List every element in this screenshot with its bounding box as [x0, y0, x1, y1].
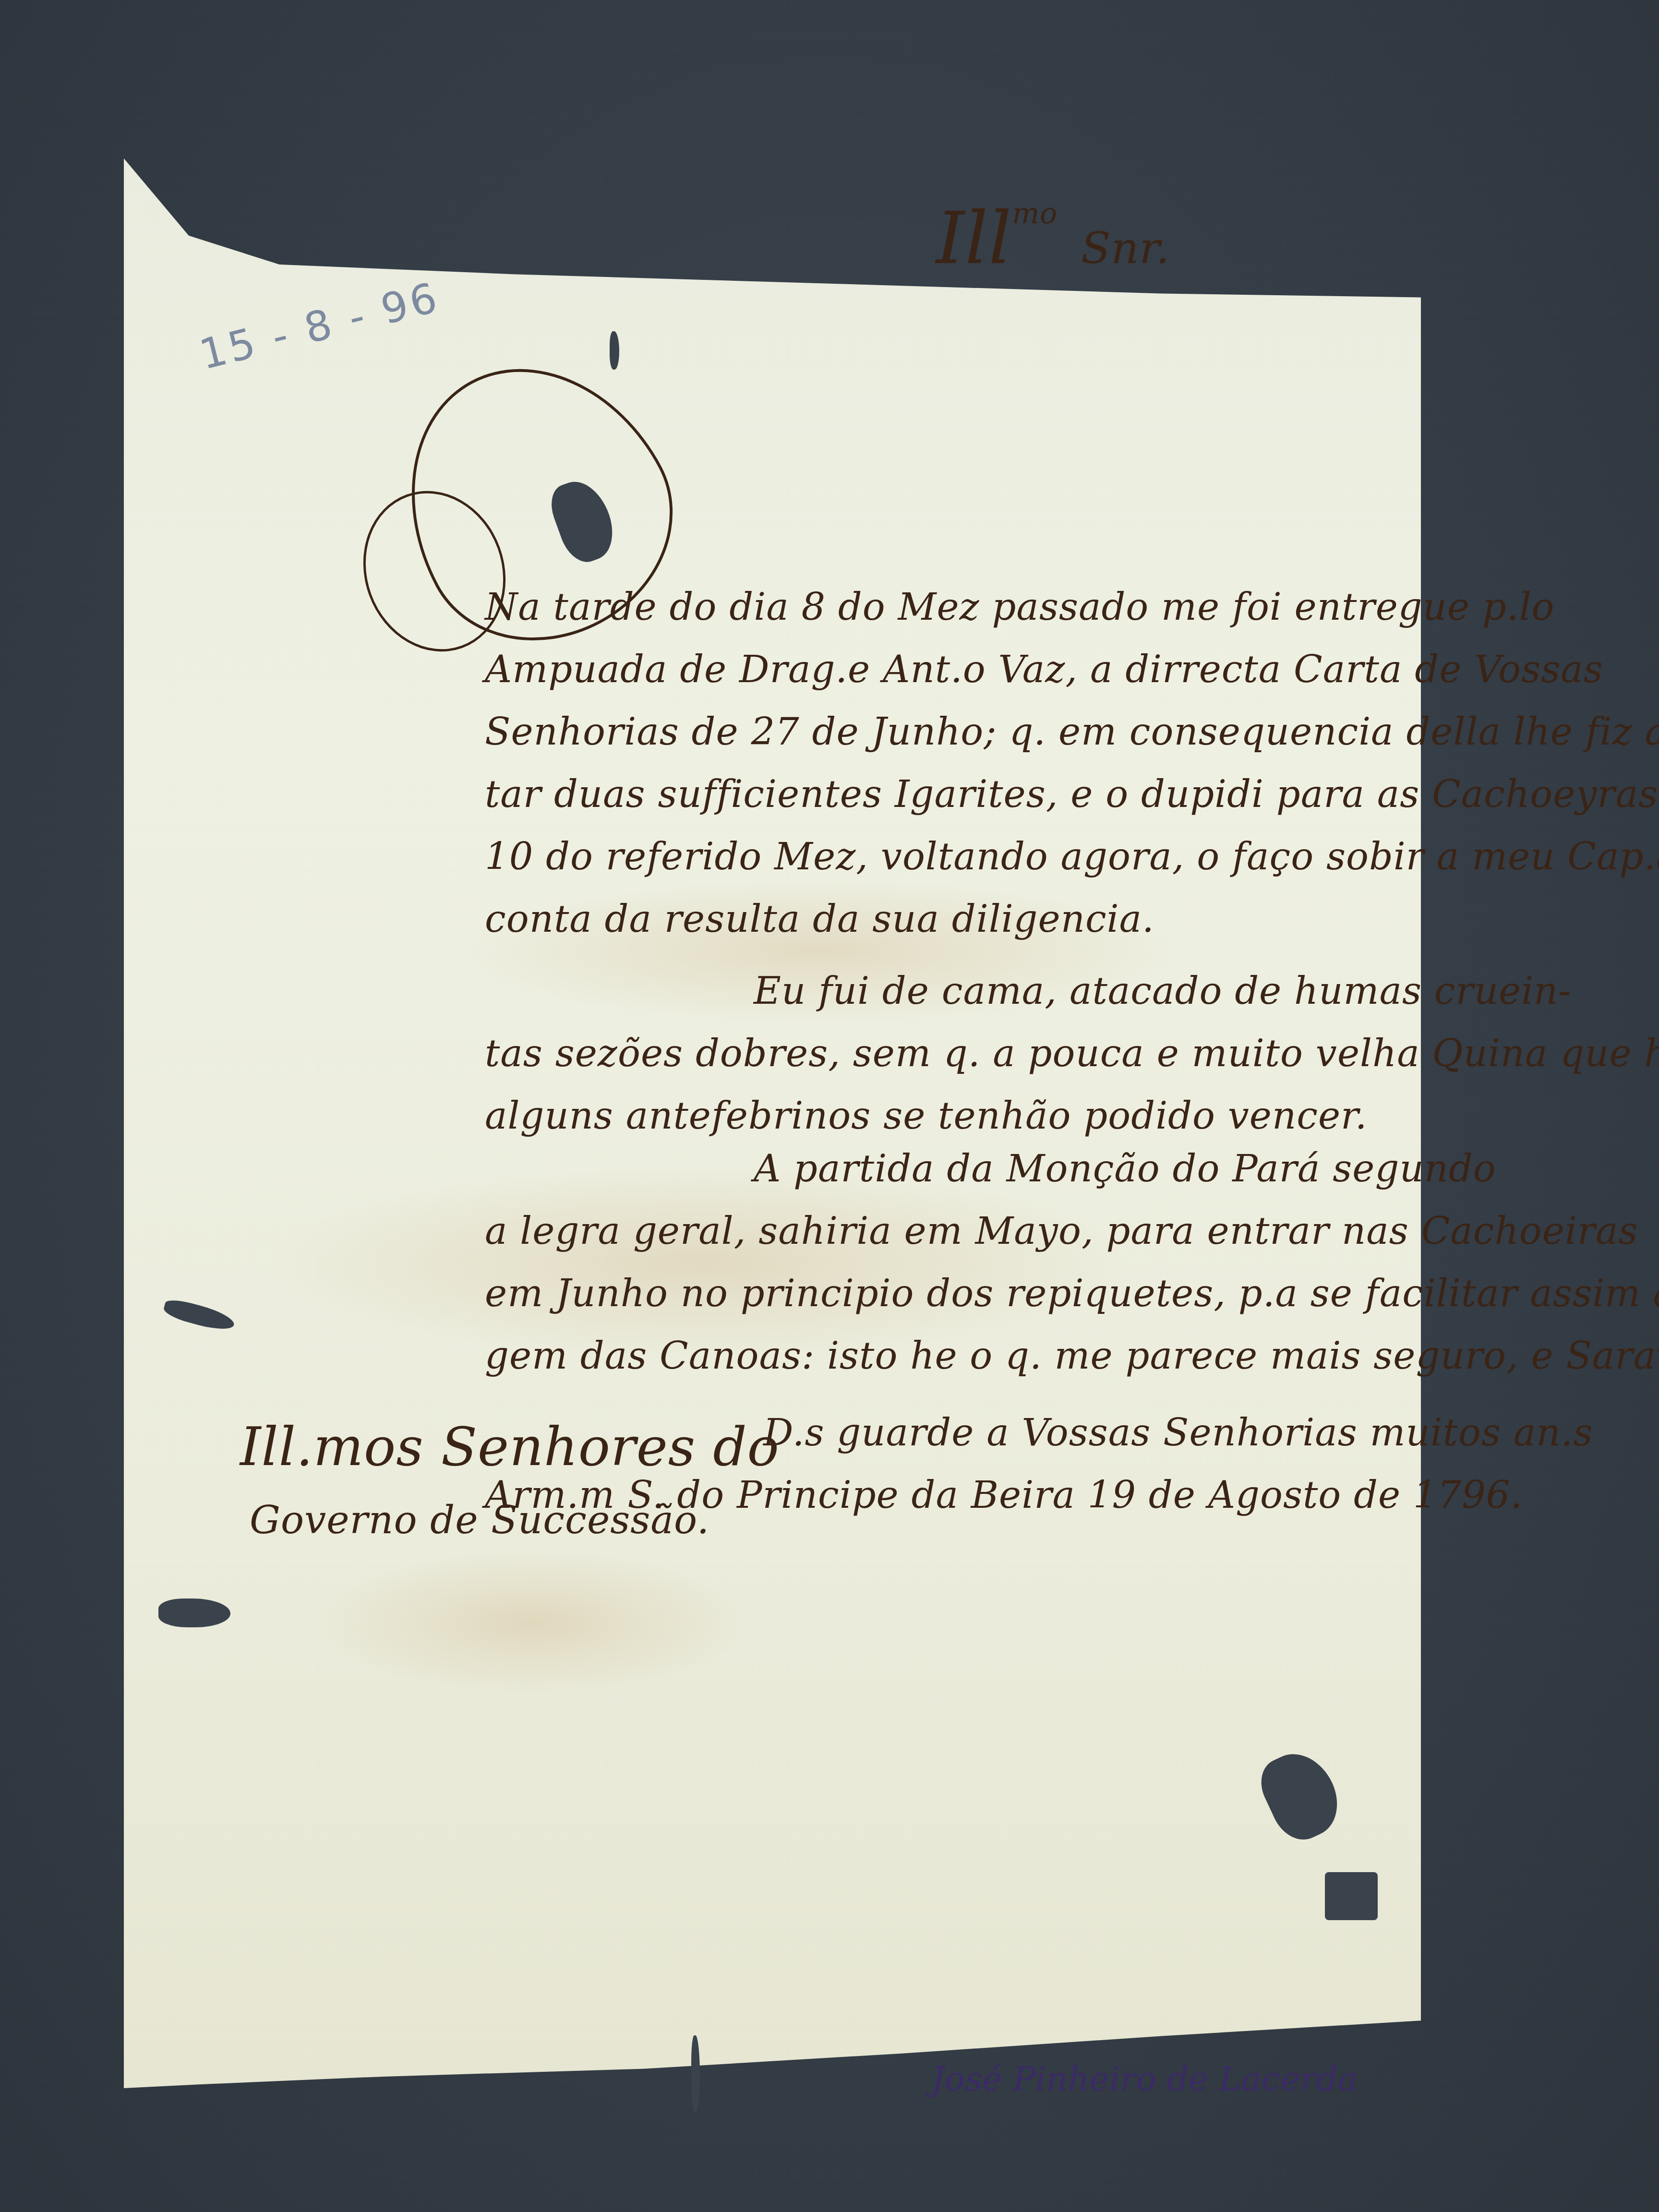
- ink-corrosion-hole: [158, 1599, 230, 1627]
- salutation-top: Illmo Snr.: [936, 197, 1170, 280]
- body-line: tas sezões dobres, sem q. a pouca e muit…: [485, 1032, 1659, 1075]
- body-line: a legra geral, sahiria em Mayo, para ent…: [485, 1210, 1638, 1253]
- ink-corrosion-hole: [610, 331, 619, 370]
- addressee-line-2: Governo de Successão.: [250, 1498, 709, 1542]
- salutation-abbr-sup: mo: [1012, 197, 1058, 230]
- body-line: tar duas sufficientes Igarites, e o dupi…: [485, 773, 1659, 816]
- addressee-line-1: Ill.mos Senhores do: [240, 1416, 780, 1478]
- salutation-abbr: Ill: [936, 197, 1012, 280]
- body-line: Eu fui de cama, atacado de humas cruein-: [754, 970, 1572, 1013]
- body-line: 10 do referido Mez, voltando agora, o fa…: [485, 835, 1659, 878]
- body-line: Senhorias de 27 de Junho; q. em conseque…: [485, 710, 1659, 754]
- body-line: A partida da Monção do Pará segundo: [754, 1147, 1496, 1190]
- water-stain: [268, 1166, 1132, 1358]
- body-line: em Junho no principio dos repiquetes, p.…: [485, 1272, 1659, 1315]
- water-stain: [316, 1551, 748, 1695]
- body-line: alguns antefebrinos se tenhão podido ven…: [485, 1094, 1368, 1138]
- body-line: conta da resulta da sua diligencia.: [485, 898, 1154, 941]
- ink-corrosion-hole: [1325, 1872, 1378, 1920]
- later-signature: José Pinheiro de Lacerda: [931, 2059, 1358, 2099]
- closing-line: D.s guarde a Vossas Senhorias muitos an.…: [763, 1411, 1593, 1455]
- body-line: Ampuada de Drag.e Ant.o Vaz, a dirrecta …: [485, 648, 1603, 691]
- body-line: gem das Canoas: isto he o q. me parece m…: [485, 1334, 1659, 1378]
- ink-corrosion-hole: [691, 2035, 700, 2112]
- body-line: Na tarde do dia 8 do Mez passado me foi …: [485, 586, 1555, 629]
- salutation-end: Snr.: [1081, 223, 1170, 274]
